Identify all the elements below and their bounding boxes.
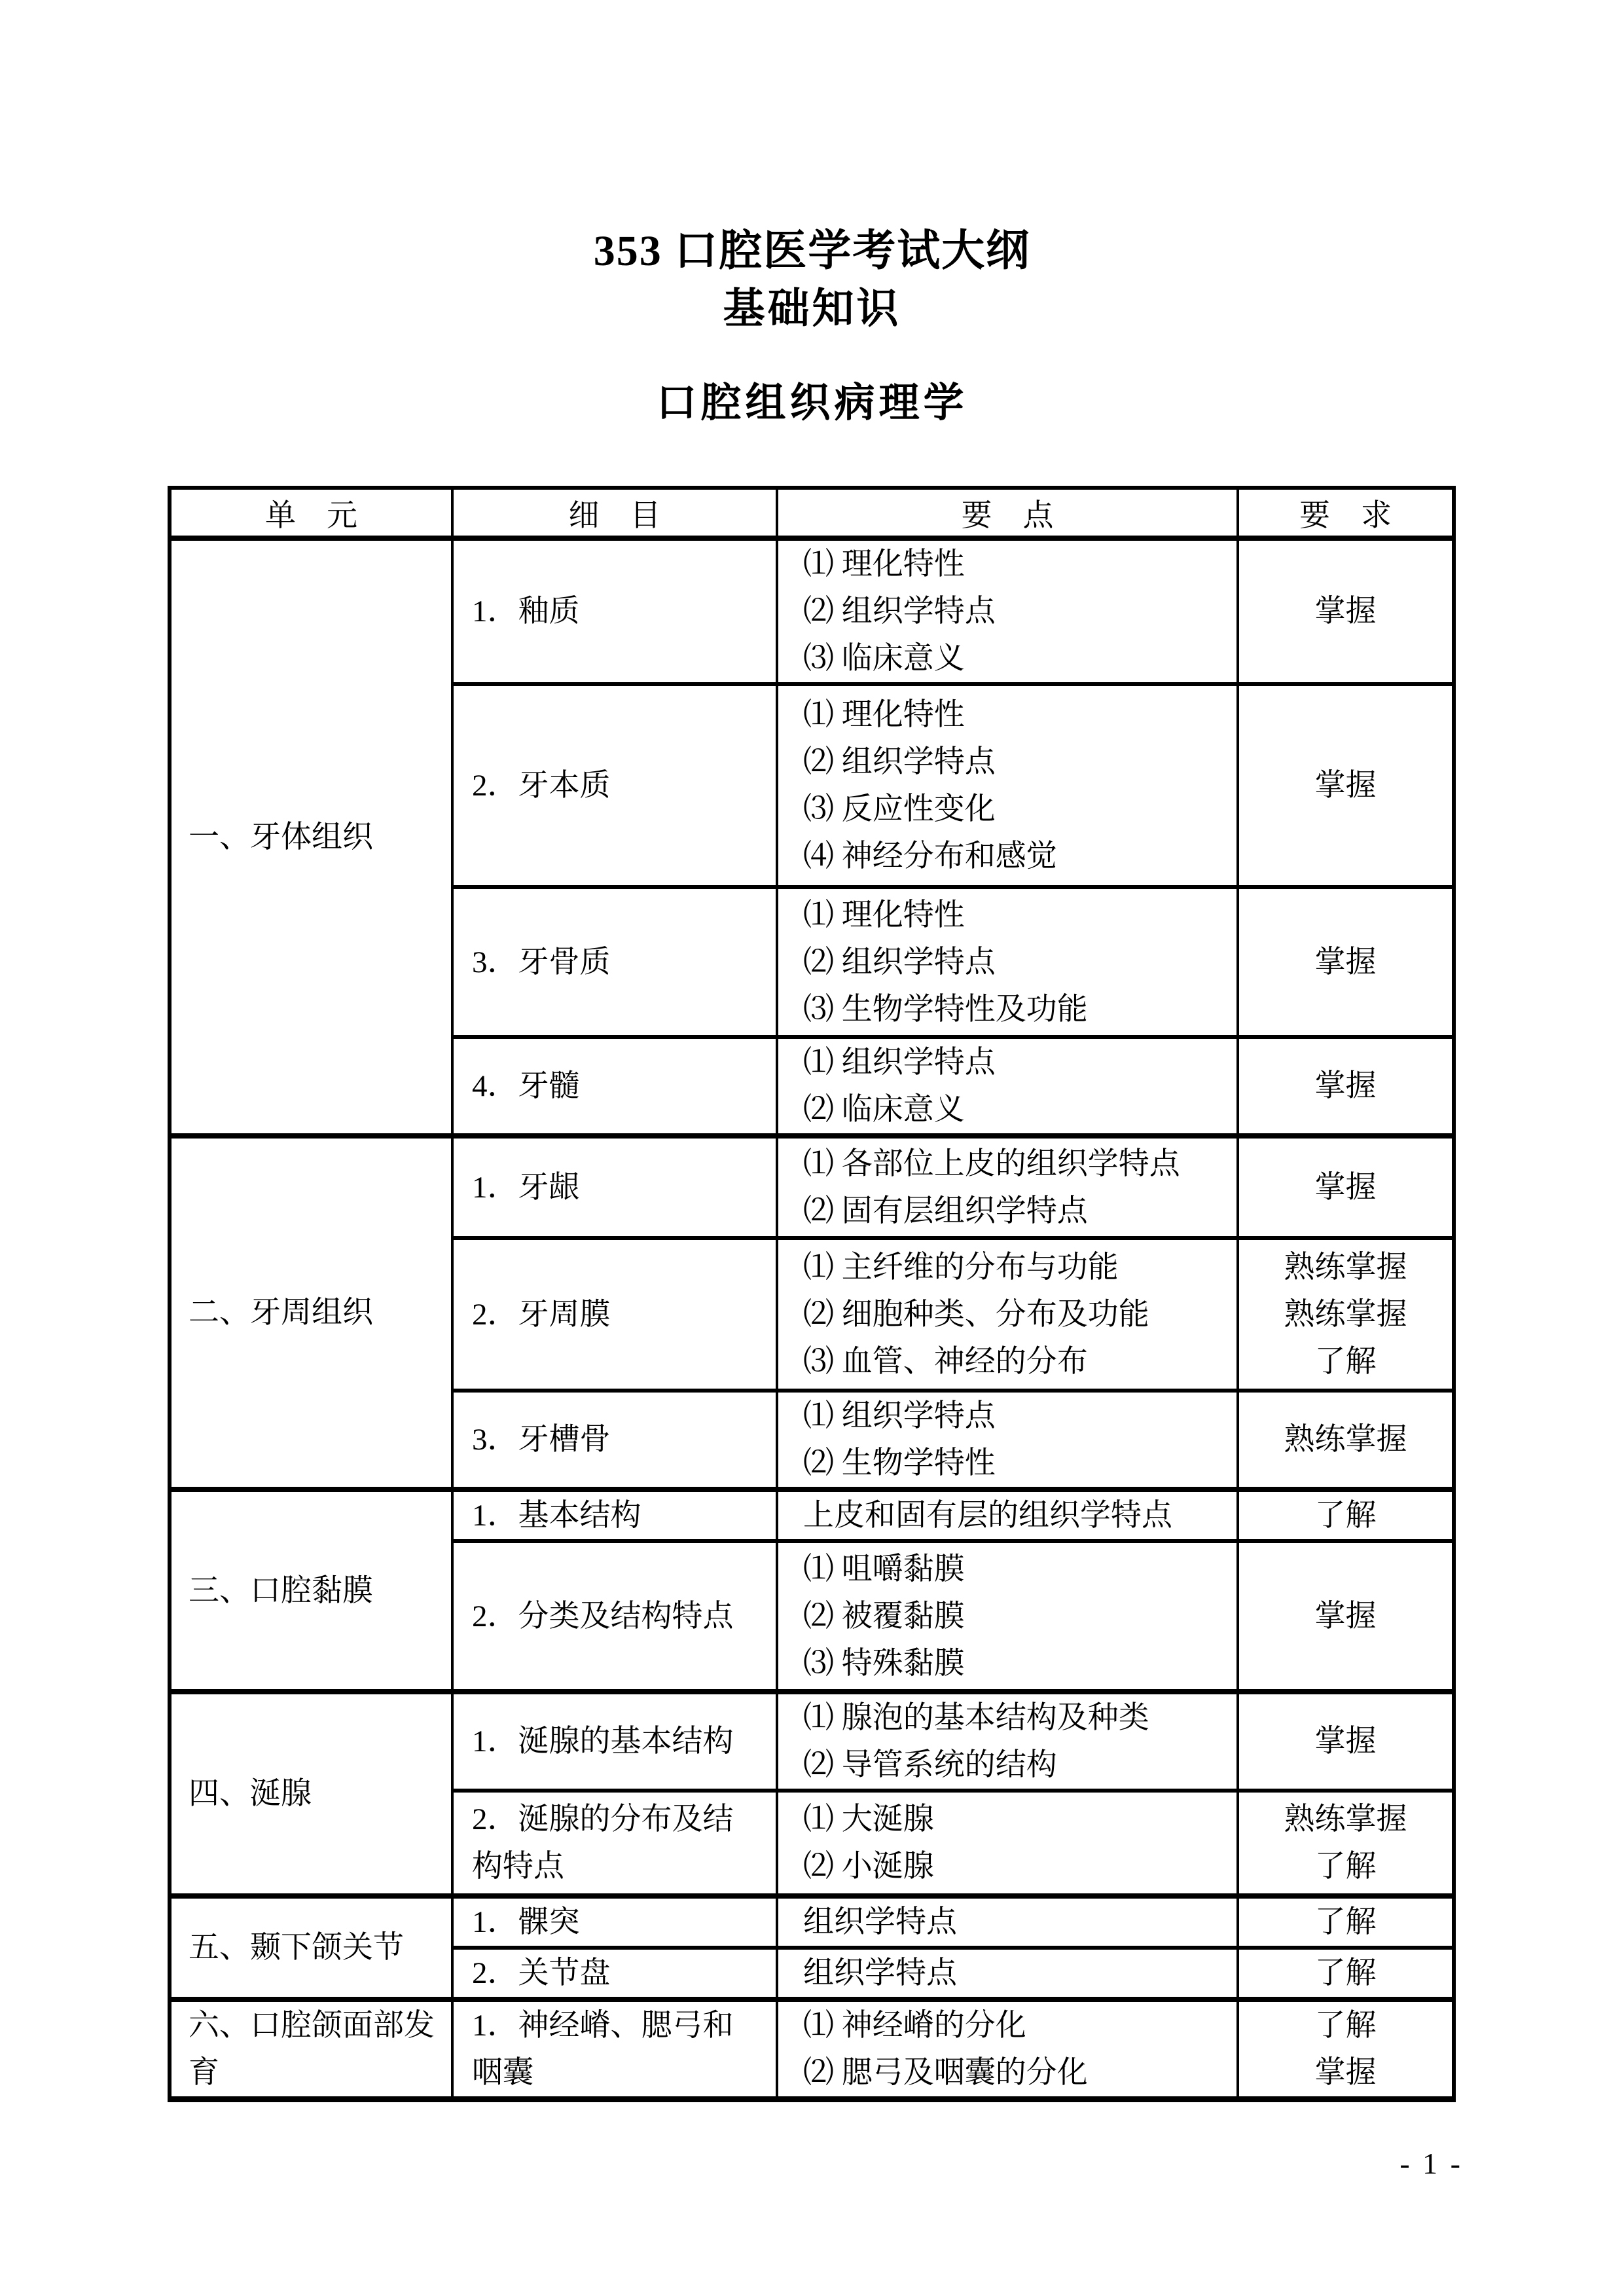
point-line: ⑴ 理化特性 (803, 892, 1231, 939)
requirement-cell: 掌握 (1238, 1037, 1454, 1136)
requirement-cell: 了解 掌握 (1238, 1999, 1454, 2100)
point-line: ⑴ 理化特性 (803, 541, 1231, 588)
point-line: ⑴ 主纤维的分布与功能 (803, 1244, 1231, 1291)
document-page: 353 口腔医学考试大纲 基础知识 口腔组织病理学 单 元 细 目 要 点 要 … (0, 0, 1624, 2296)
unit-cell: 一、牙体组织 (170, 538, 452, 1136)
requirement-line: 了解 (1243, 1950, 1448, 1997)
point-line: ⑵ 临床意义 (803, 1086, 1231, 1133)
document-title-block: 353 口腔医学考试大纲 基础知识 (0, 0, 1624, 337)
table-row: 四、涎腺 1．涎腺的基本结构 ⑴ 腺泡的基本结构及种类 ⑵ 导管系统的结构 掌握 (170, 1692, 1454, 1791)
point-line: ⑴ 腺泡的基本结构及种类 (803, 1694, 1231, 1741)
syllabus-table: 单 元 细 目 要 点 要 求 一、牙体组织 1．釉质 ⑴ 理化特性 ⑵ 组织学… (168, 486, 1456, 2102)
unit-cell: 五、颞下颌关节 (170, 1896, 452, 1999)
point-line: ⑶ 血管、神经的分布 (803, 1338, 1231, 1385)
point-line: ⑵ 细胞种类、分布及功能 (803, 1291, 1231, 1338)
requirement-line: 掌握 (1243, 762, 1448, 809)
document-title: 353 口腔医学考试大纲 (0, 223, 1624, 280)
requirement-line: 熟练掌握 (1243, 1416, 1448, 1463)
point-line: ⑴ 大涎腺 (803, 1796, 1231, 1843)
points-cell: ⑴ 组织学特点 ⑵ 生物学特性 (777, 1391, 1238, 1489)
item-cell: 2．牙本质 (452, 684, 777, 887)
points-cell: ⑴ 理化特性 ⑵ 组织学特点 ⑶ 临床意义 (777, 538, 1238, 684)
requirement-line: 掌握 (1243, 939, 1448, 986)
point-line: ⑴ 理化特性 (803, 691, 1231, 738)
points-cell: 组织学特点 (777, 1896, 1238, 1948)
requirement-cell: 熟练掌握 (1238, 1391, 1454, 1489)
points-cell: ⑴ 组织学特点 ⑵ 临床意义 (777, 1037, 1238, 1136)
point-line: ⑴ 神经嵴的分化 (803, 2002, 1231, 2049)
requirement-line: 熟练掌握 (1243, 1244, 1448, 1291)
point-line: ⑴ 咀嚼黏膜 (803, 1546, 1231, 1593)
requirement-line: 了解 (1243, 1338, 1448, 1385)
item-cell: 1．釉质 (452, 538, 777, 684)
column-header-unit: 单 元 (170, 488, 452, 538)
point-line: ⑵ 组织学特点 (803, 939, 1231, 986)
requirement-cell: 掌握 (1238, 887, 1454, 1037)
item-cell: 2．关节盘 (452, 1948, 777, 1999)
points-cell: ⑴ 主纤维的分布与功能 ⑵ 细胞种类、分布及功能 ⑶ 血管、神经的分布 (777, 1238, 1238, 1391)
item-cell: 1．基本结构 (452, 1489, 777, 1541)
requirement-line: 了解 (1243, 1843, 1448, 1890)
requirement-cell: 掌握 (1238, 684, 1454, 887)
point-line: ⑶ 生物学特性及功能 (803, 986, 1231, 1033)
table-row: 三、口腔黏膜 1．基本结构 上皮和固有层的组织学特点 了解 (170, 1489, 1454, 1541)
table-row: 一、牙体组织 1．釉质 ⑴ 理化特性 ⑵ 组织学特点 ⑶ 临床意义 掌握 (170, 538, 1454, 684)
column-header-points: 要 点 (777, 488, 1238, 538)
requirement-cell: 了解 (1238, 1489, 1454, 1541)
requirement-line: 了解 (1243, 1899, 1448, 1946)
point-line: ⑵ 生物学特性 (803, 1440, 1231, 1487)
requirement-line: 掌握 (1243, 1593, 1448, 1640)
point-line: ⑵ 固有层组织学特点 (803, 1188, 1231, 1235)
item-cell: 2．分类及结构特点 (452, 1541, 777, 1692)
point-line: 上皮和固有层的组织学特点 (803, 1492, 1231, 1539)
requirement-cell: 掌握 (1238, 1541, 1454, 1692)
points-cell: ⑴ 理化特性 ⑵ 组织学特点 ⑶ 反应性变化 ⑷ 神经分布和感觉 (777, 684, 1238, 887)
point-line: ⑵ 小涎腺 (803, 1843, 1231, 1890)
item-cell: 3．牙槽骨 (452, 1391, 777, 1489)
points-cell: ⑴ 大涎腺 ⑵ 小涎腺 (777, 1791, 1238, 1896)
point-line: ⑶ 反应性变化 (803, 786, 1231, 833)
requirement-cell: 掌握 (1238, 538, 1454, 684)
points-cell: ⑴ 咀嚼黏膜 ⑵ 被覆黏膜 ⑶ 特殊黏膜 (777, 1541, 1238, 1692)
requirement-line: 熟练掌握 (1243, 1796, 1448, 1843)
item-cell: 1．牙龈 (452, 1136, 777, 1238)
point-line: ⑵ 组织学特点 (803, 588, 1231, 635)
requirement-cell: 了解 (1238, 1948, 1454, 1999)
requirement-cell: 了解 (1238, 1896, 1454, 1948)
requirement-cell: 熟练掌握 了解 (1238, 1791, 1454, 1896)
requirement-line: 掌握 (1243, 1164, 1448, 1211)
point-line: ⑴ 组织学特点 (803, 1393, 1231, 1440)
requirement-cell: 掌握 (1238, 1136, 1454, 1238)
points-cell: 上皮和固有层的组织学特点 (777, 1489, 1238, 1541)
item-cell: 3．牙骨质 (452, 887, 777, 1037)
requirement-line: 掌握 (1243, 1718, 1448, 1765)
column-header-detail: 细 目 (452, 488, 777, 538)
table-row: 五、颞下颌关节 1．髁突 组织学特点 了解 (170, 1896, 1454, 1948)
item-cell: 1．髁突 (452, 1896, 777, 1948)
points-cell: ⑴ 各部位上皮的组织学特点 ⑵ 固有层组织学特点 (777, 1136, 1238, 1238)
point-line: 组织学特点 (803, 1899, 1231, 1946)
point-line: ⑶ 特殊黏膜 (803, 1640, 1231, 1687)
points-cell: ⑴ 腺泡的基本结构及种类 ⑵ 导管系统的结构 (777, 1692, 1238, 1791)
column-header-requirement: 要 求 (1238, 488, 1454, 538)
requirement-line: 掌握 (1243, 2049, 1448, 2096)
item-cell: 4．牙髓 (452, 1037, 777, 1136)
point-line: ⑵ 组织学特点 (803, 738, 1231, 786)
requirement-line: 了解 (1243, 2002, 1448, 2049)
point-line: ⑴ 各部位上皮的组织学特点 (803, 1140, 1231, 1188)
unit-cell: 三、口腔黏膜 (170, 1489, 452, 1692)
point-line: ⑵ 被覆黏膜 (803, 1593, 1231, 1640)
table-row: 六、口腔颌面部发育 1．神经嵴、腮弓和咽囊 ⑴ 神经嵴的分化 ⑵ 腮弓及咽囊的分… (170, 1999, 1454, 2100)
table-row: 二、牙周组织 1．牙龈 ⑴ 各部位上皮的组织学特点 ⑵ 固有层组织学特点 掌握 (170, 1136, 1454, 1238)
section-title: 口腔组织病理学 (0, 382, 1624, 424)
points-cell: 组织学特点 (777, 1948, 1238, 1999)
requirement-line: 熟练掌握 (1243, 1291, 1448, 1338)
item-cell: 1．涎腺的基本结构 (452, 1692, 777, 1791)
requirement-cell: 掌握 (1238, 1692, 1454, 1791)
points-cell: ⑴ 理化特性 ⑵ 组织学特点 ⑶ 生物学特性及功能 (777, 887, 1238, 1037)
requirement-line: 了解 (1243, 1492, 1448, 1539)
unit-cell: 四、涎腺 (170, 1692, 452, 1896)
requirement-line: 掌握 (1243, 1063, 1448, 1110)
page-number: - 1 - (1399, 2146, 1463, 2181)
point-line: ⑴ 组织学特点 (803, 1039, 1231, 1086)
unit-cell: 六、口腔颌面部发育 (170, 1999, 452, 2100)
requirement-line: 掌握 (1243, 588, 1448, 635)
point-line: 组织学特点 (803, 1950, 1231, 1997)
point-line: ⑶ 临床意义 (803, 635, 1231, 682)
item-cell: 2．牙周膜 (452, 1238, 777, 1391)
point-line: ⑵ 腮弓及咽囊的分化 (803, 2049, 1231, 2096)
point-line: ⑷ 神经分布和感觉 (803, 833, 1231, 880)
table-header-row: 单 元 细 目 要 点 要 求 (170, 488, 1454, 538)
points-cell: ⑴ 神经嵴的分化 ⑵ 腮弓及咽囊的分化 (777, 1999, 1238, 2100)
item-cell: 2．涎腺的分布及结构特点 (452, 1791, 777, 1896)
point-line: ⑵ 导管系统的结构 (803, 1741, 1231, 1789)
requirement-cell: 熟练掌握 熟练掌握 了解 (1238, 1238, 1454, 1391)
unit-cell: 二、牙周组织 (170, 1136, 452, 1489)
item-cell: 1．神经嵴、腮弓和咽囊 (452, 1999, 777, 2100)
document-title-line2: 基础知识 (0, 280, 1624, 337)
